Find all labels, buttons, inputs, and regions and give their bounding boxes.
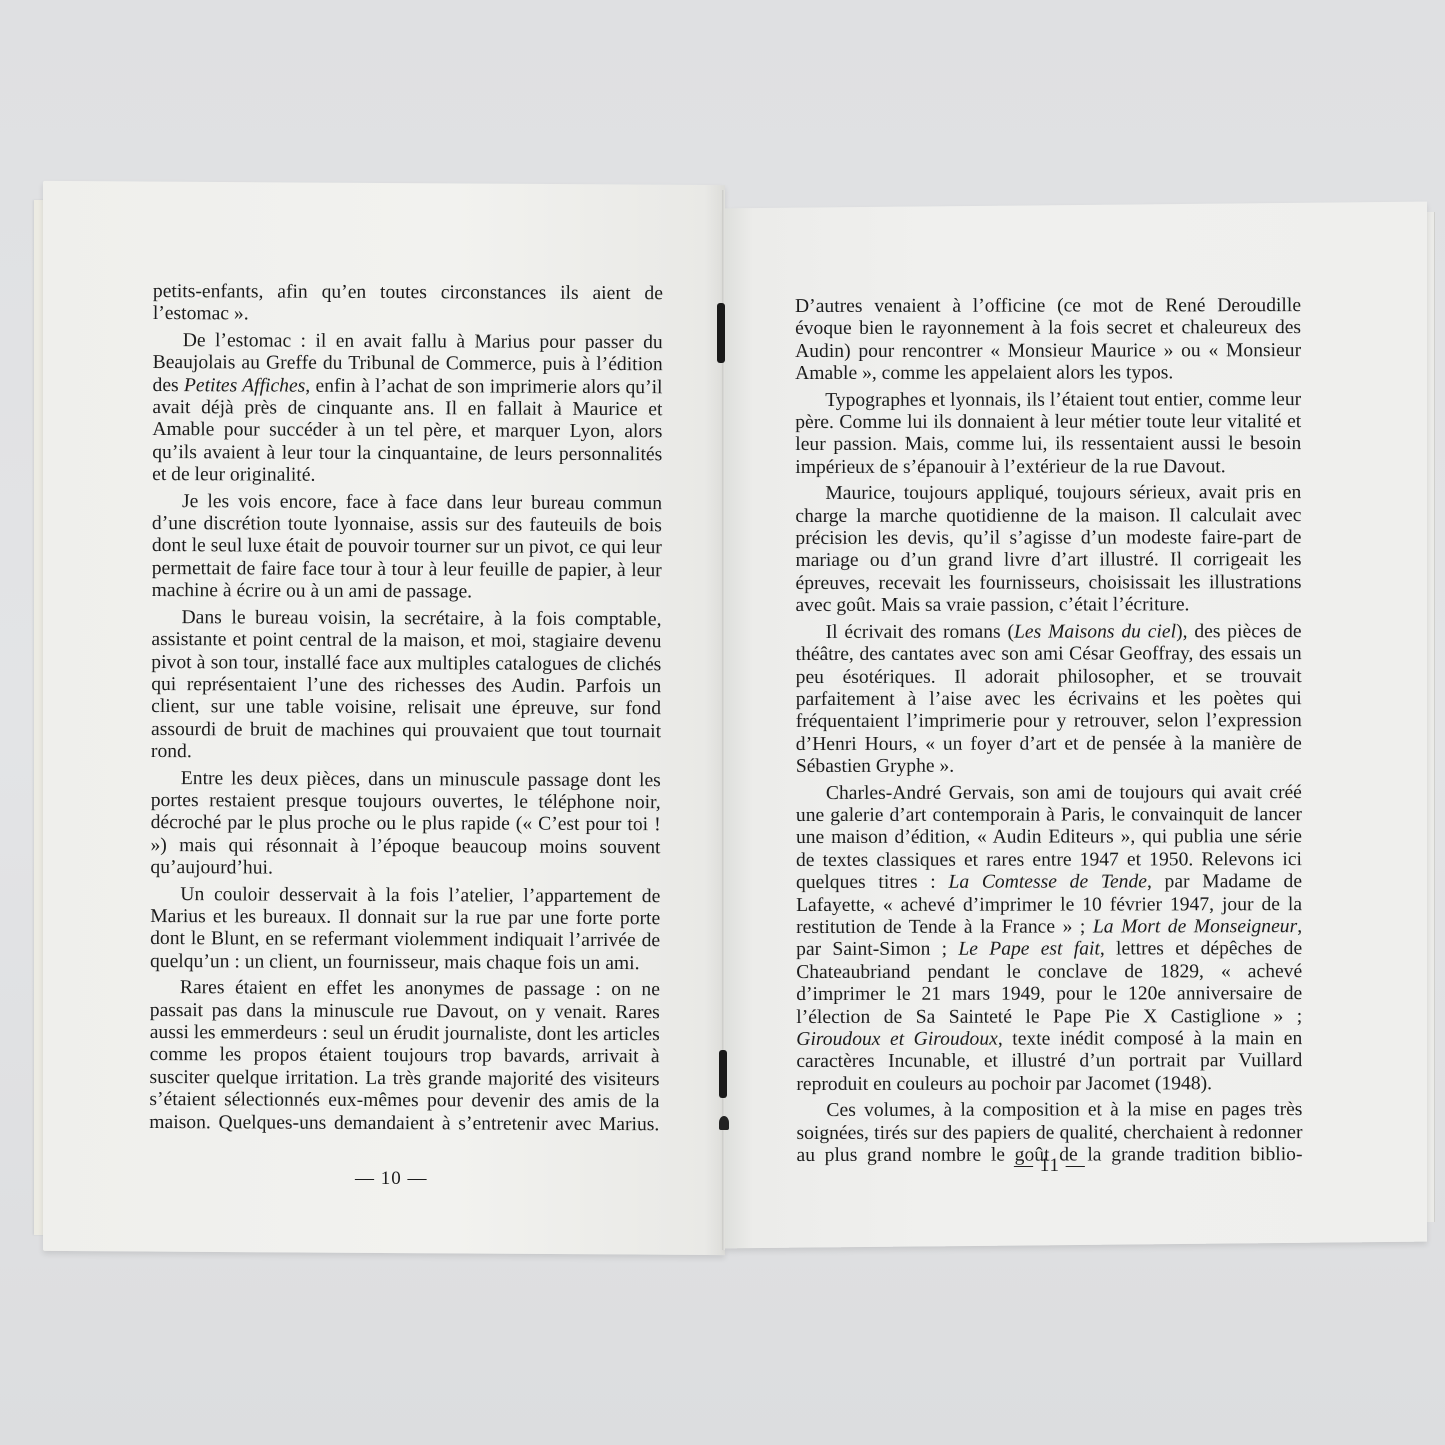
paragraph: Je les vois encore, face à face dans leu… — [152, 491, 662, 605]
right-page-text: D’autres venaient à l’officine (ce mot d… — [795, 295, 1303, 1171]
italic-title: Giroudoux et Giroudoux — [796, 1029, 998, 1050]
paragraph: Typographes et lyonnais, ils l’étaient t… — [795, 389, 1301, 480]
paragraph-text: ), des pièces de théâtre, des cantates a… — [796, 621, 1302, 777]
italic-title: Les Maisons du ciel — [1014, 621, 1176, 642]
italic-title: La Comtesse de Tende — [948, 872, 1147, 893]
paragraph: Entre les deux pièces, dans un minuscule… — [150, 768, 660, 882]
paragraph: Maurice, toujours appliqué, toujours sér… — [795, 482, 1301, 617]
left-page-text: petits-enfants, afin qu’en toutes circon… — [149, 281, 663, 1140]
staple-tip-icon — [719, 1116, 729, 1130]
staple-top-icon — [717, 303, 725, 363]
paragraph: Rares étaient en effet les anonymes de p… — [149, 977, 660, 1136]
italic-title: Petites Affiches — [184, 375, 305, 397]
paragraph: De l’estomac : il en avait fallu à Mariu… — [152, 330, 663, 489]
paragraph: Il écrivait des romans (Les Maisons du c… — [796, 621, 1302, 779]
page-number-right: — 11 — — [1014, 1155, 1086, 1177]
staple-bottom-icon — [719, 1050, 727, 1098]
page-number-left: — 10 — — [355, 1168, 428, 1190]
paragraph: petits-enfants, afin qu’en toutes circon… — [153, 281, 663, 328]
paragraph: D’autres venaient à l’officine (ce mot d… — [795, 295, 1301, 386]
paragraph: Dans le bureau voisin, la secrétaire, à … — [151, 607, 662, 766]
paragraph: Charles-André Gervais, son ami de toujou… — [796, 782, 1303, 1097]
paragraph: Un couloir desservait à la fois l’atelie… — [150, 884, 660, 976]
italic-title: La Mort de Monseigneur — [1093, 916, 1297, 937]
paragraph-text: Il écrivait des romans ( — [826, 621, 1014, 642]
italic-title: Le Pape est fait — [958, 939, 1100, 960]
